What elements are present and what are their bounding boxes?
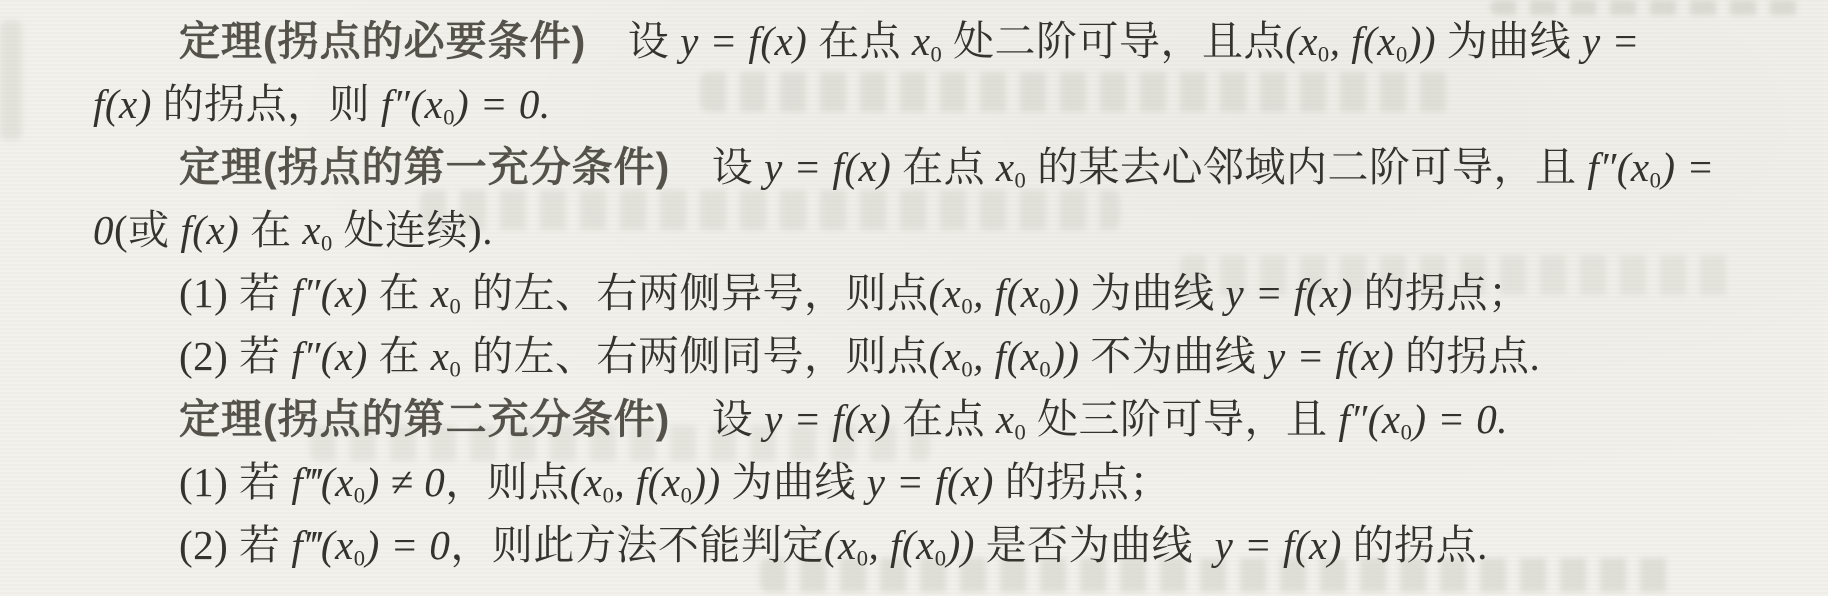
math-segment: (x0, f(x0))	[570, 459, 721, 505]
text-segment: 的拐点；	[994, 459, 1171, 505]
math-segment: y = f(x)	[1204, 522, 1342, 568]
text-segment: 在	[368, 270, 431, 316]
text-segment: (或	[114, 207, 180, 253]
text-segment: (2) 若	[179, 333, 291, 379]
text-segment: 的拐点.	[1342, 522, 1488, 568]
text-segment: 在点	[807, 18, 912, 64]
math-segment: f″(x0) = 0.	[381, 81, 551, 127]
text-segment: 的拐点.	[1394, 333, 1540, 379]
math-segment: x0	[912, 18, 942, 64]
theorem-heading-segment: 定理(拐点的必要条件)	[179, 18, 586, 64]
math-segment: x0	[302, 207, 332, 253]
line-theorem-necessary-condition: 定理(拐点的必要条件) 设 y = f(x) 在点 x0 处二阶可导，且点(x0…	[93, 10, 1828, 73]
text-segment: (1) 若	[179, 459, 291, 505]
text-segment: 处连续).	[333, 207, 493, 253]
math-segment: f(x)	[180, 207, 239, 253]
math-segment: f″(x0) = 0.	[1338, 396, 1508, 442]
math-segment: x0	[431, 333, 461, 379]
math-segment: f(x)	[93, 81, 152, 127]
text-segment: (1) 若	[179, 270, 291, 316]
text-segment: 为曲线	[1080, 270, 1226, 316]
math-segment: x0	[996, 144, 1026, 190]
math-segment: (x0, f(x0))	[824, 522, 975, 568]
text-segment: 的左、右两侧异号，则点	[461, 270, 928, 316]
math-segment: f″(x)	[291, 333, 367, 379]
math-segment: f‴(x0) ≠ 0	[291, 459, 445, 505]
text-segment: 的拐点；	[1353, 270, 1530, 316]
text-segment: ，则此方法不能判定	[450, 522, 824, 568]
line-first-condition-case-1: (1) 若 f″(x) 在 x0 的左、右两侧异号，则点(x0, f(x0)) …	[93, 262, 1828, 325]
text-segment: 是否为曲线	[975, 522, 1204, 568]
math-segment: f″(x0) =	[1587, 144, 1714, 190]
theorem-heading-segment: 定理(拐点的第一充分条件)	[179, 144, 670, 190]
text-segment: (2) 若	[179, 522, 291, 568]
text-segment: 的某去心邻域内二阶可导，且	[1026, 144, 1587, 190]
line-second-condition-case-1: (1) 若 f‴(x0) ≠ 0，则点(x0, f(x0)) 为曲线 y = f…	[93, 451, 1828, 514]
line-theorem-second-sufficient-condition: 定理(拐点的第二充分条件) 设 y = f(x) 在点 x0 处三阶可导，且 f…	[93, 388, 1828, 451]
text-segment: 在点	[891, 144, 996, 190]
math-segment: x0	[431, 270, 461, 316]
line-theorem-first-sufficient-condition: 定理(拐点的第一充分条件) 设 y = f(x) 在点 x0 的某去心邻域内二阶…	[93, 136, 1828, 199]
line-first-sufficient-condition-continued: 0(或 f(x) 在 x0 处连续).	[93, 199, 1828, 262]
math-segment: y = f(x)	[1226, 270, 1353, 316]
math-segment: y = f(x)	[764, 396, 891, 442]
line-second-condition-case-2: (2) 若 f‴(x0) = 0，则此方法不能判定(x0, f(x0)) 是否为…	[93, 514, 1828, 577]
math-segment: y = f(x)	[867, 459, 994, 505]
text-segment: 的拐点，则	[152, 81, 381, 127]
math-segment: x0	[996, 396, 1026, 442]
text-segment: 在	[368, 333, 431, 379]
scanned-textbook-page: 定理(拐点的必要条件) 设 y = f(x) 在点 x0 处二阶可导，且点(x0…	[0, 0, 1828, 596]
math-segment: y = f(x)	[680, 18, 807, 64]
text-segment: 不为曲线	[1080, 333, 1268, 379]
math-segment: f″(x)	[291, 270, 367, 316]
math-segment: (x0, f(x0))	[1285, 18, 1436, 64]
text-segment: 设	[586, 18, 680, 64]
math-segment: 0	[93, 207, 114, 253]
line-necessary-condition-continued: f(x) 的拐点，则 f″(x0) = 0.	[93, 73, 1828, 136]
text-segment: ，则点	[445, 459, 570, 505]
math-segment: y = f(x)	[764, 144, 891, 190]
text-segment: 在	[239, 207, 302, 253]
math-segment: y = f(x)	[1267, 333, 1394, 379]
document-body: 定理(拐点的必要条件) 设 y = f(x) 在点 x0 处二阶可导，且点(x0…	[0, 0, 1828, 577]
text-segment: 在点	[891, 396, 996, 442]
text-segment: 设	[670, 396, 764, 442]
math-segment: (x0, f(x0))	[929, 270, 1080, 316]
math-segment: y =	[1582, 18, 1640, 64]
text-segment: 为曲线	[1436, 18, 1582, 64]
math-segment: f‴(x0) = 0	[291, 522, 450, 568]
theorem-heading-segment: 定理(拐点的第二充分条件)	[179, 396, 670, 442]
text-segment: 的左、右两侧同号，则点	[461, 333, 928, 379]
text-segment: 设	[670, 144, 764, 190]
math-segment: (x0, f(x0))	[929, 333, 1080, 379]
text-segment: 处二阶可导，且点	[942, 18, 1285, 64]
text-segment: 为曲线	[721, 459, 867, 505]
line-first-condition-case-2: (2) 若 f″(x) 在 x0 的左、右两侧同号，则点(x0, f(x0)) …	[93, 325, 1828, 388]
text-segment: 处三阶可导，且	[1026, 396, 1338, 442]
